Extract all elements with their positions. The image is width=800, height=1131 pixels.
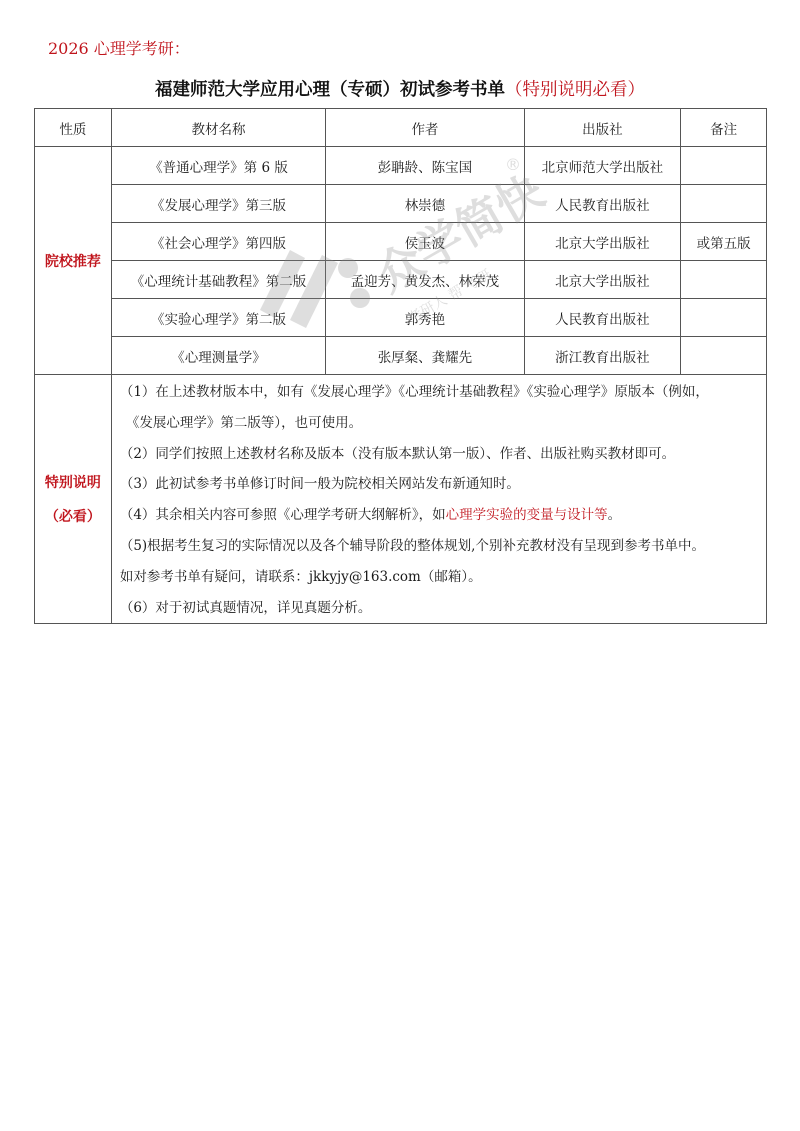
book-title: 《实验心理学》第二版: [111, 299, 325, 337]
note-4: （4）其余相关内容可参照《心理学考研大纲解析》，如心理学实验的变量与设计等。: [120, 500, 758, 531]
note-2: （2）同学们按照上述教材名称及版本（没有版本默认第一版）、作者、出版社购买教材即…: [120, 439, 758, 470]
table-row: 《心理测量学》 张厚粲、龚耀先 浙江教育出版社: [35, 337, 767, 375]
book-title: 《发展心理学》第三版: [111, 185, 325, 223]
group-recommend-label: 院校推荐: [45, 254, 101, 270]
note-4a: （4）其余相关内容可参照《心理学考研大纲解析》，如: [120, 507, 446, 523]
book-remark: [681, 261, 767, 299]
group-special-label: 特别说明: [45, 475, 101, 491]
book-author: 郭秀艳: [326, 299, 524, 337]
book-title: 《社会心理学》第四版: [111, 223, 325, 261]
contact-line: 如对参考书单有疑问，请联系：jkkyjy@163.com（邮箱）。: [120, 562, 758, 593]
book-remark: [681, 337, 767, 375]
col-header-nature: 性质: [35, 109, 112, 147]
col-header-title: 教材名称: [111, 109, 325, 147]
book-title: 《心理测量学》: [111, 337, 325, 375]
book-publisher: 北京大学出版社: [524, 261, 681, 299]
note-5: （5)根据考生复习的实际情况以及各个辅导阶段的整体规划,个别补充教材没有呈现到参…: [120, 531, 758, 562]
title-text: 福建师范大学应用心理（专硕）初试参考书单: [155, 80, 505, 100]
note-4-highlight: 心理学实验的变量与设计等: [446, 507, 608, 523]
book-remark: 或第五版: [681, 223, 767, 261]
table-row: 《心理统计基础教程》第二版 孟迎芳、黄发杰、林荣茂 北京大学出版社: [35, 261, 767, 299]
note-1a: （1）在上述教材版本中，如有《发展心理学》《心理统计基础教程》《实验心理学》原版…: [120, 377, 758, 408]
book-author: 孟迎芳、黄发杰、林荣茂: [326, 261, 524, 299]
book-author: 侯玉波: [326, 223, 524, 261]
book-remark: [681, 299, 767, 337]
table-row: 《实验心理学》第二版 郭秀艳 人民教育出版社: [35, 299, 767, 337]
group-special-sub: （必看）: [35, 506, 111, 526]
pre-title: 2026 心理学考研：: [48, 36, 190, 59]
book-remark: [681, 185, 767, 223]
note-1b: 《发展心理学》第二版等），也可使用。: [120, 408, 758, 439]
group-special: 特别说明 （必看）: [35, 375, 112, 624]
title-note: （特别说明必看）: [505, 80, 645, 100]
note-3: （3）此初试参考书单修订时间一般为院校相关网站发布新通知时。: [120, 469, 758, 500]
special-notes-row: 特别说明 （必看） （1）在上述教材版本中，如有《发展心理学》《心理统计基础教程…: [35, 375, 767, 624]
col-header-author: 作者: [326, 109, 524, 147]
book-remark: [681, 147, 767, 185]
book-author: 张厚粲、龚耀先: [326, 337, 524, 375]
book-author: 林崇德: [326, 185, 524, 223]
book-publisher: 北京师范大学出版社: [524, 147, 681, 185]
booklist-table: 性质 教材名称 作者 出版社 备注 院校推荐 《普通心理学》第 6 版 彭聃龄、…: [34, 108, 767, 624]
special-notes: （1）在上述教材版本中，如有《发展心理学》《心理统计基础教程》《实验心理学》原版…: [111, 375, 766, 624]
table-header-row: 性质 教材名称 作者 出版社 备注: [35, 109, 767, 147]
book-publisher: 人民教育出版社: [524, 185, 681, 223]
book-publisher: 浙江教育出版社: [524, 337, 681, 375]
book-publisher: 北京大学出版社: [524, 223, 681, 261]
col-header-remark: 备注: [681, 109, 767, 147]
book-title: 《心理统计基础教程》第二版: [111, 261, 325, 299]
book-title: 《普通心理学》第 6 版: [111, 147, 325, 185]
table-row: 院校推荐 《普通心理学》第 6 版 彭聃龄、陈宝国 北京师范大学出版社: [35, 147, 767, 185]
page-title: 福建师范大学应用心理（专硕）初试参考书单（特别说明必看）: [0, 76, 800, 101]
note-6: （6）对于初试真题情况，详见真题分析。: [120, 593, 758, 624]
table-row: 《发展心理学》第三版 林崇德 人民教育出版社: [35, 185, 767, 223]
book-author: 彭聃龄、陈宝国: [326, 147, 524, 185]
col-header-publisher: 出版社: [524, 109, 681, 147]
group-recommend: 院校推荐: [35, 147, 112, 375]
table-row: 《社会心理学》第四版 侯玉波 北京大学出版社 或第五版: [35, 223, 767, 261]
book-publisher: 人民教育出版社: [524, 299, 681, 337]
note-4b: 。: [608, 507, 622, 523]
